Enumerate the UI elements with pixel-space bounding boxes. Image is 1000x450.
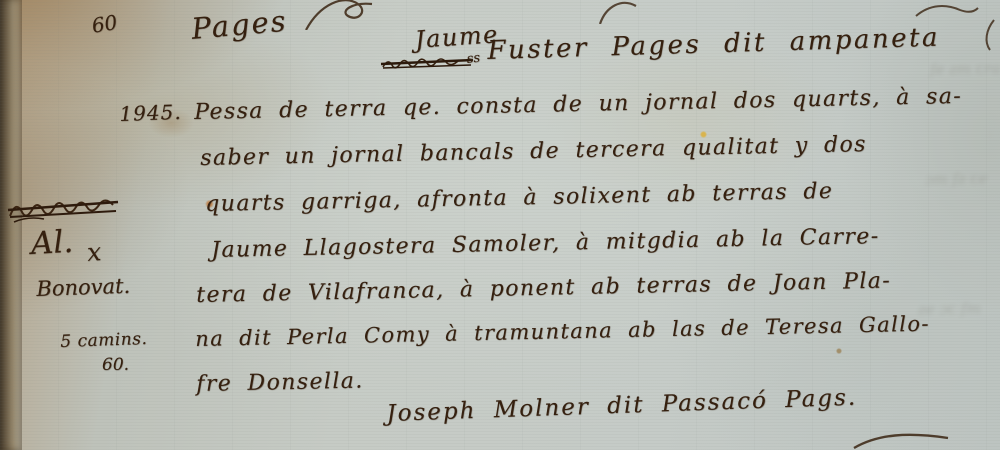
bleed-through-text: ɔm ſƨ ꞇe [925,169,988,188]
struck-out-margin-note [6,194,122,228]
body-line: fre Donsella. [196,368,364,397]
margin-cross-mark: x [86,237,102,267]
manuscript-page: ſe ƨm ꞇra ɔm ſƨ ꞇe ƨe ɔꞇ ſm 60 Pages Jau… [0,0,1000,450]
pen-flourish [912,2,982,22]
body-line: quarts garriga, afronta à solixent ab te… [205,179,834,217]
heading-text: Fuster Pages dit ampaneta [487,23,940,66]
margin-abbreviation: Al. [30,224,74,262]
insertion-mark: ss [466,51,481,67]
pen-flourish [852,430,952,450]
margin-number: 60. [102,355,129,375]
previous-entry-remnant: Pages [190,4,289,46]
margin-name: Bonovat. [36,274,131,301]
entry-number: 1945. [119,100,182,126]
struck-out-word [380,55,476,73]
folio-number: 60 [90,10,119,38]
body-line: Jaume Llagostera Samoler, à mitgdia ab l… [211,224,880,263]
body-line: tera de Vilafranca, à ponent ab terras d… [196,268,891,308]
closing-line: Joseph Molner dit Passacó Pags. [386,385,858,427]
binding-edge [0,0,22,450]
body-line: na dit Perla Comy à tramuntana ab las de… [195,312,930,351]
pen-flourish [592,0,652,24]
body-line: Pessa de terra qe. consta de un jornal d… [194,84,962,125]
pen-flourish [978,18,1000,52]
bleed-through-text: ſe ƨm ꞇra [930,59,1000,78]
body-line: saber un jornal bancals de tercera quali… [200,132,867,171]
pen-flourish [300,0,430,30]
margin-measure: 5 camins. [60,329,148,352]
ink-stain [836,348,842,354]
